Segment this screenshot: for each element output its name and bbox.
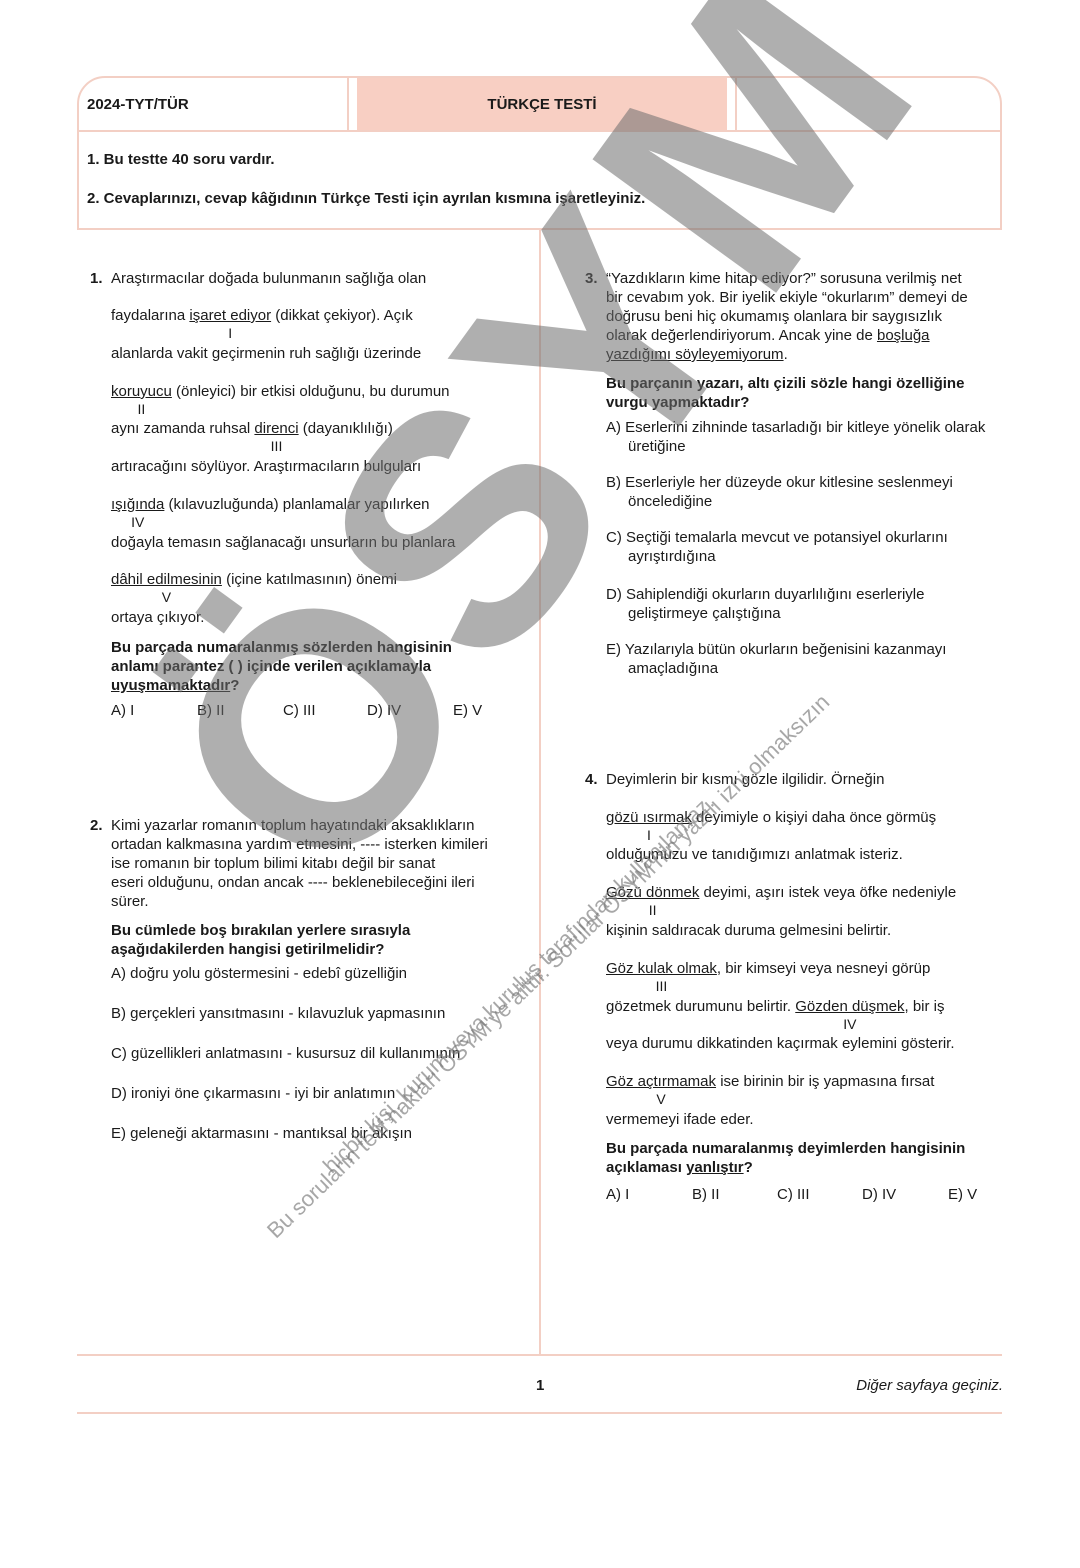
- question-number: 2.: [90, 817, 103, 834]
- passage-line: Göz açtırmamak ise birinin bir iş yapmas…: [606, 1073, 934, 1091]
- passage-line: doğrusu beni hiç okumamış olanlara bir s…: [606, 308, 942, 326]
- text: gözetmek durumunu belirtir.: [606, 998, 795, 1015]
- text: “Yazdıkların kime hitap ediyor?” sorusun…: [606, 270, 962, 287]
- answer-option[interactable]: D) ironiyi öne çıkarmasını - iyi bir anl…: [111, 1085, 395, 1102]
- instruction-2: 2. Cevaplarınızı, cevap kâğıdının Türkçe…: [87, 190, 645, 207]
- column-divider: [539, 230, 541, 1355]
- roman-marker: IV: [131, 514, 144, 530]
- roman-marker: III: [271, 438, 283, 454]
- text: ise birinin bir iş yapmasına fırsat: [716, 1073, 934, 1090]
- question-stem: Bu parçada numaralanmış sözlerden hangis…: [111, 639, 452, 657]
- question-stem: uyuşmamaktadır?: [111, 677, 239, 695]
- passage-line: olarak değerlendiriyorum. Ancak yine de …: [606, 327, 930, 345]
- passage-line: veya durumu dikkatinden kaçırmak eylemin…: [606, 1035, 955, 1053]
- roman-marker: II: [649, 902, 657, 918]
- passage-line: Araştırmacılar doğada bulunmanın sağlığa…: [111, 270, 426, 288]
- answer-option[interactable]: B) gerçekleri yansıtmasını - kılavuzluk …: [111, 1005, 445, 1022]
- footer-top-rule: [77, 1354, 1002, 1356]
- answer-option[interactable]: B) II: [692, 1186, 720, 1203]
- option-text: E) Yazılarıyla bütün okurların beğenisin…: [606, 641, 946, 658]
- underlined-term: koruyucu: [111, 383, 172, 400]
- option-text: B) Eserleriyle her düzeyde okur kitlesin…: [606, 474, 953, 491]
- stem-emphasis: yanlıştır: [686, 1159, 744, 1176]
- option-text: D) Sahiplendiği okurların duyarlılığını …: [606, 586, 925, 603]
- underlined-phrase: boşluğa: [877, 327, 930, 344]
- text: Araştırmacılar doğada bulunmanın sağlığa…: [111, 270, 426, 287]
- answer-option[interactable]: A) I: [111, 702, 134, 719]
- text: ortaya çıkıyor.: [111, 609, 204, 626]
- text: , bir kimseyi veya nesneyi görüp: [717, 960, 930, 977]
- text: bir cevabım yok. Bir iyelik ekiyle “okur…: [606, 289, 968, 306]
- question-number: 1.: [90, 270, 103, 287]
- passage-line: vermemeyi ifade eder.: [606, 1111, 754, 1129]
- header-frame: 2024-TYT/TÜR TÜRKÇE TESTİ 1. Bu testte 4…: [77, 76, 1002, 230]
- text: kişinin saldıracak duruma gelmesini beli…: [606, 922, 891, 939]
- answer-option[interactable]: A) doğru yolu göstermesini - edebî güzel…: [111, 965, 407, 982]
- passage-line: sürer.: [111, 893, 149, 911]
- answer-option[interactable]: C) güzellikleri anlatmasını - kusursuz d…: [111, 1045, 460, 1062]
- question-stem: Bu parçada numaralanmış deyimlerden hang…: [606, 1140, 965, 1158]
- answer-option[interactable]: B) II: [197, 702, 225, 719]
- question-stem: Bu parçanın yazarı, altı çizili sözle ha…: [606, 375, 964, 393]
- text: Deyimlerin bir kısmı gözle ilgilidir. Ör…: [606, 771, 884, 788]
- underlined-phrase: yazdığımı söyleyemiyorum: [606, 346, 784, 363]
- text: .: [784, 346, 788, 363]
- text: doğayla temasın sağlanacağı unsurların b…: [111, 534, 455, 551]
- passage-line: artıracağını söylüyor. Araştırmacıların …: [111, 458, 421, 476]
- text: , bir iş: [905, 998, 945, 1015]
- answer-option[interactable]: D) IV: [862, 1186, 896, 1203]
- answer-option[interactable]: E) V: [453, 702, 482, 719]
- option-text: üretiğine: [628, 438, 686, 455]
- underlined-term: dâhil edilmesinin: [111, 571, 222, 588]
- underlined-term: Gözü dönmek: [606, 884, 699, 901]
- text: (içine katılmasının) önemi: [222, 571, 397, 588]
- answer-option[interactable]: C) III: [283, 702, 316, 719]
- exam-code-cell: 2024-TYT/TÜR: [79, 78, 349, 130]
- passage-line: eseri olduğunu, ondan ancak ---- beklene…: [111, 874, 475, 892]
- text: doğrusu beni hiç okumamış olanlara bir s…: [606, 308, 942, 325]
- passage-line: aynı zamanda ruhsal direnci (dayanıklılı…: [111, 420, 393, 438]
- underlined-term: direnci: [254, 420, 298, 437]
- roman-marker: III: [656, 978, 668, 994]
- answer-option[interactable]: E) V: [948, 1186, 977, 1203]
- underlined-term: gözü ısırmak: [606, 809, 692, 826]
- roman-marker: V: [162, 589, 171, 605]
- passage-line: bir cevabım yok. Bir iyelik ekiyle “okur…: [606, 289, 968, 307]
- question-stem: anlamı parantez ( ) içinde verilen açıkl…: [111, 658, 431, 676]
- passage-line: gözetmek durumunu belirtir. Gözden düşme…: [606, 998, 945, 1016]
- text: açıklaması: [606, 1159, 686, 1176]
- stem-end: ?: [230, 677, 239, 694]
- instruction-1: 1. Bu testte 40 soru vardır.: [87, 151, 275, 168]
- text: (dayanıklılığı): [299, 420, 393, 437]
- roman-marker: I: [228, 325, 232, 341]
- passage-line: ortadan kalkmasına yardım etmesini, ----…: [111, 836, 488, 854]
- passage-line: Göz kulak olmak, bir kimseyi veya nesney…: [606, 960, 930, 978]
- answer-option[interactable]: A) I: [606, 1186, 629, 1203]
- passage-line: dâhil edilmesinin (içine katılmasının) ö…: [111, 571, 397, 589]
- text: deyimiyle o kişiyi daha önce görmüş: [692, 809, 936, 826]
- question-number: 4.: [585, 771, 598, 788]
- text: olduğumuzu ve tanıdığımızı anlatmak iste…: [606, 846, 903, 863]
- passage-line: yazdığımı söyleyemiyorum.: [606, 346, 788, 364]
- text: veya durumu dikkatinden kaçırmak eylemin…: [606, 1035, 955, 1052]
- passage-line: faydalarına işaret ediyor (dikkat çekiyo…: [111, 307, 413, 325]
- underlined-term: Göz kulak olmak: [606, 960, 717, 977]
- stem-emphasis: uyuşmamaktadır: [111, 677, 230, 694]
- question-stem: açıklaması yanlıştır?: [606, 1159, 753, 1177]
- stem-end: ?: [744, 1159, 753, 1176]
- passage-line: koruyucu (önleyici) bir etkisi olduğunu,…: [111, 383, 450, 401]
- header-empty-cell: [735, 78, 1004, 130]
- option-text: amaçladığına: [628, 660, 718, 677]
- question-number: 3.: [585, 270, 598, 287]
- roman-marker: IV: [843, 1016, 856, 1032]
- roman-marker: I: [647, 827, 651, 843]
- passage-line: doğayla temasın sağlanacağı unsurların b…: [111, 534, 455, 552]
- underlined-term: Gözden düşmek: [795, 998, 904, 1015]
- option-text: C) Seçtiği temalarla mevcut ve potansiye…: [606, 529, 948, 546]
- option-text: öncelediğine: [628, 493, 712, 510]
- text: deyimi, aşırı istek veya öfke nedeniyle: [699, 884, 956, 901]
- underlined-term: işaret ediyor: [189, 307, 271, 324]
- passage-line: kişinin saldıracak duruma gelmesini beli…: [606, 922, 891, 940]
- option-text: A) Eserlerini zihninde tasarladığı bir k…: [606, 419, 985, 436]
- option-text: geliştirmeye çalıştığına: [628, 605, 781, 622]
- passage-line: ışığında (kılavuzluğunda) planlamalar ya…: [111, 496, 430, 514]
- text: (önleyici) bir etkisi olduğunu, bu durum…: [172, 383, 450, 400]
- passage-line: alanlarda vakit geçirmenin ruh sağlığı ü…: [111, 345, 421, 363]
- test-title: TÜRKÇE TESTİ: [487, 96, 596, 113]
- text: (dikkat çekiyor). Açık: [271, 307, 413, 324]
- text: alanlarda vakit geçirmenin ruh sağlığı ü…: [111, 345, 421, 362]
- answer-option[interactable]: E) geleneği aktarmasını - mantıksal bir …: [111, 1125, 412, 1142]
- test-title-cell: TÜRKÇE TESTİ: [357, 78, 727, 130]
- exam-code: 2024-TYT/TÜR: [87, 96, 189, 113]
- roman-marker: II: [138, 401, 146, 417]
- page-number: 1: [536, 1377, 544, 1394]
- passage-line: ortaya çıkıyor.: [111, 609, 204, 627]
- passage-line: ise romanın bir toplum bilimi kitabı değ…: [111, 855, 435, 873]
- text: (kılavuzluğunda) planlamalar yapılırken: [164, 496, 429, 513]
- text: vermemeyi ifade eder.: [606, 1111, 754, 1128]
- text: olarak değerlendiriyorum. Ancak yine de: [606, 327, 877, 344]
- underlined-term: Göz açtırmamak: [606, 1073, 716, 1090]
- text: artıracağını söylüyor. Araştırmacıların …: [111, 458, 421, 475]
- option-text: ayrıştırdığına: [628, 548, 716, 565]
- passage-line: gözü ısırmak deyimiyle o kişiyi daha önc…: [606, 809, 936, 827]
- passage-line: Deyimlerin bir kısmı gözle ilgilidir. Ör…: [606, 771, 884, 789]
- passage-line: Kimi yazarlar romanın toplum hayatındaki…: [111, 817, 475, 835]
- question-stem: Bu cümlede boş bırakılan yerlere sırasıy…: [111, 922, 410, 940]
- passage-line: olduğumuzu ve tanıdığımızı anlatmak iste…: [606, 846, 903, 864]
- text: faydalarına: [111, 307, 189, 324]
- next-page-note: Diğer sayfaya geçiniz.: [856, 1377, 1003, 1394]
- answer-option[interactable]: D) IV: [367, 702, 401, 719]
- question-stem: vurgu yapmaktadır?: [606, 394, 749, 412]
- passage-line: “Yazdıkların kime hitap ediyor?” sorusun…: [606, 270, 962, 288]
- footer-bottom-rule: [77, 1412, 1002, 1414]
- passage-line: Gözü dönmek deyimi, aşırı istek veya öfk…: [606, 884, 956, 902]
- header-row: 2024-TYT/TÜR TÜRKÇE TESTİ: [79, 78, 1000, 132]
- text: aynı zamanda ruhsal: [111, 420, 254, 437]
- question-stem: aşağıdakilerden hangisi getirilmelidir?: [111, 941, 384, 959]
- roman-marker: V: [656, 1091, 665, 1107]
- answer-option[interactable]: C) III: [777, 1186, 810, 1203]
- underlined-term: ışığında: [111, 496, 164, 513]
